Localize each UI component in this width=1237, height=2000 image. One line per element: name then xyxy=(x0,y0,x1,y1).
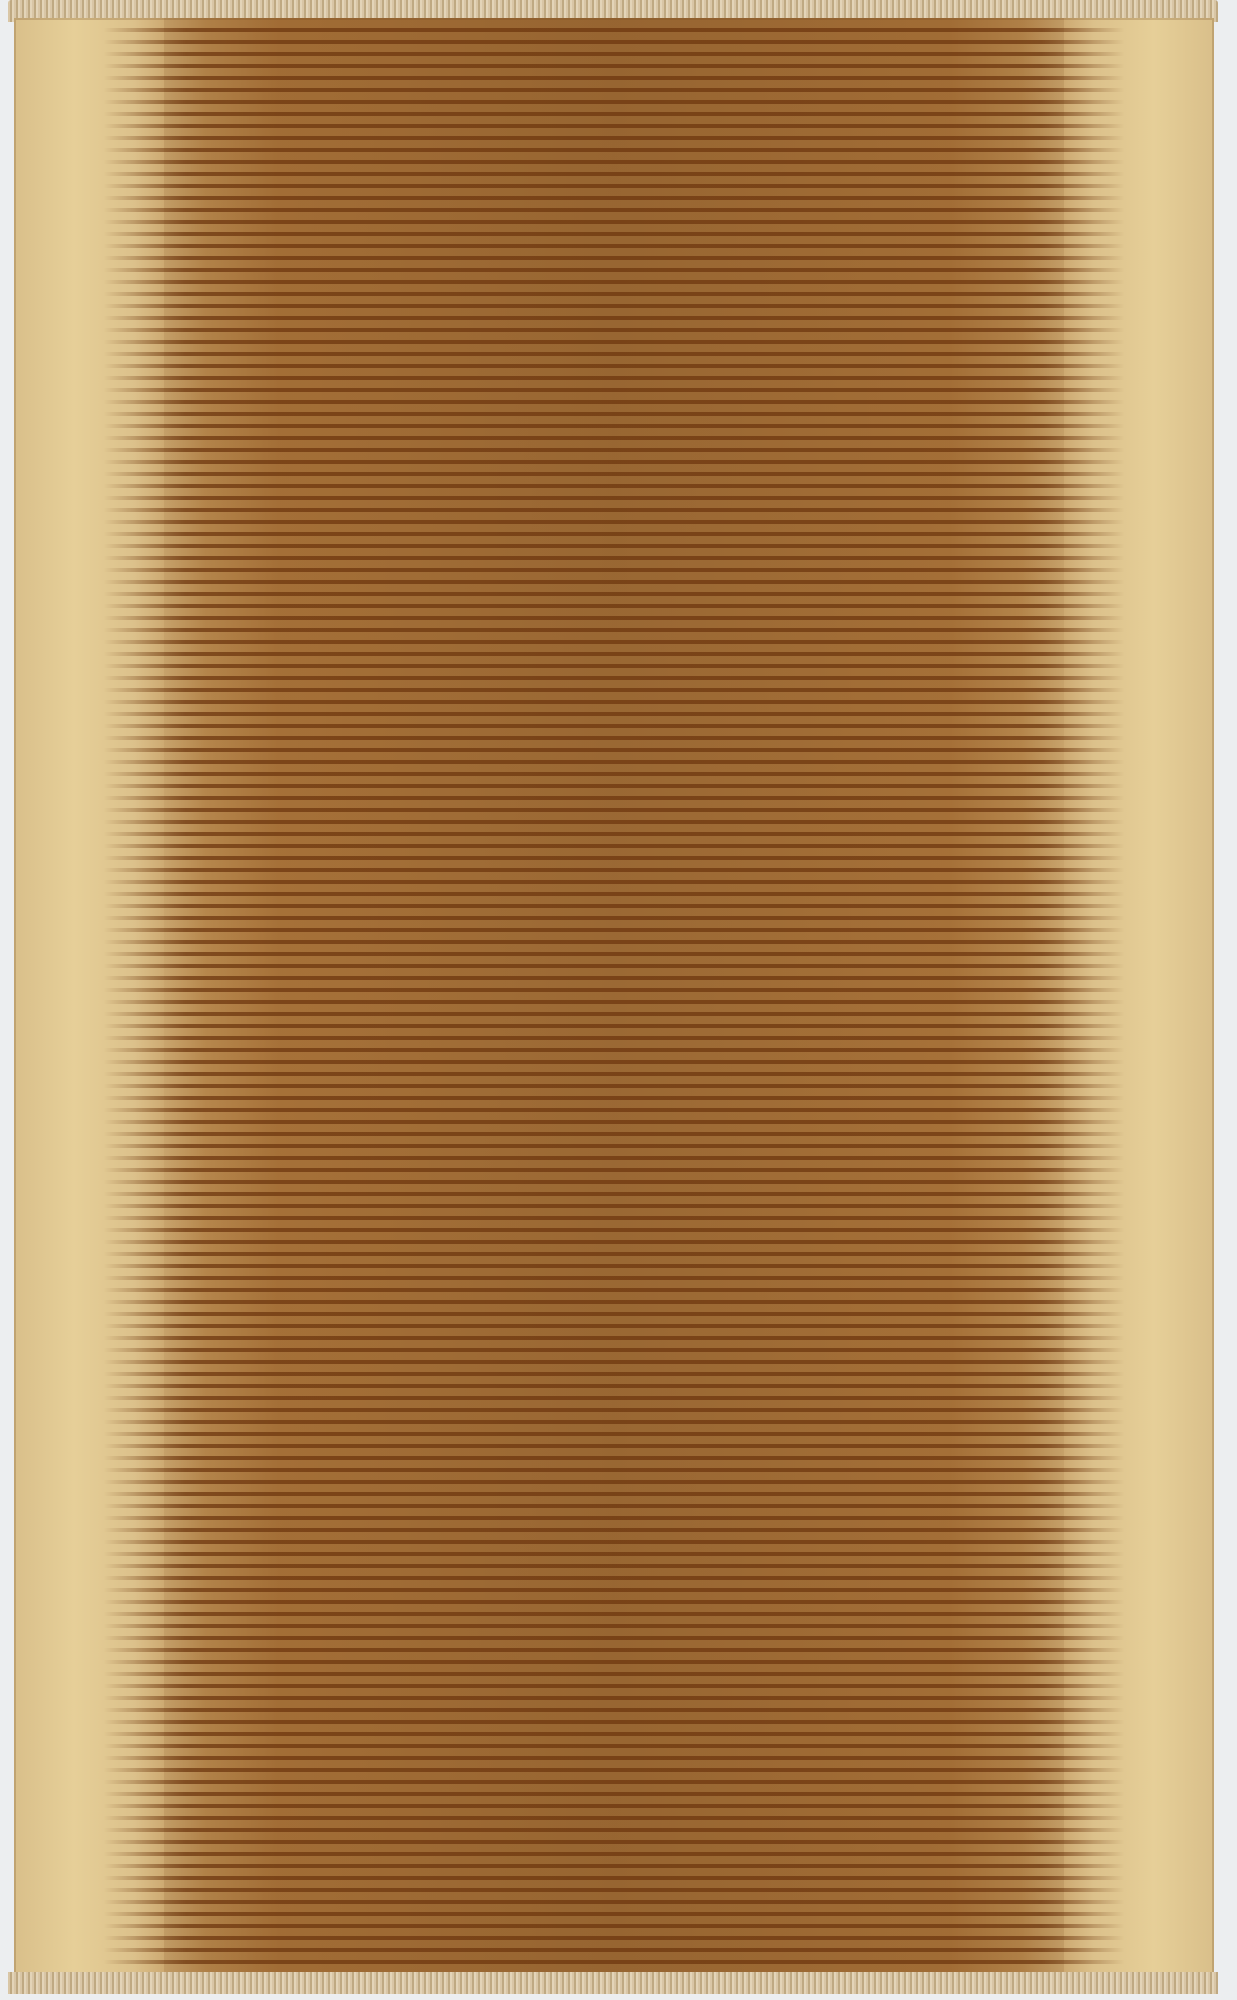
rug-bottom-fringe xyxy=(8,1972,1218,1994)
rug xyxy=(14,18,1214,1980)
rug-stripe-pattern xyxy=(104,28,1124,1970)
